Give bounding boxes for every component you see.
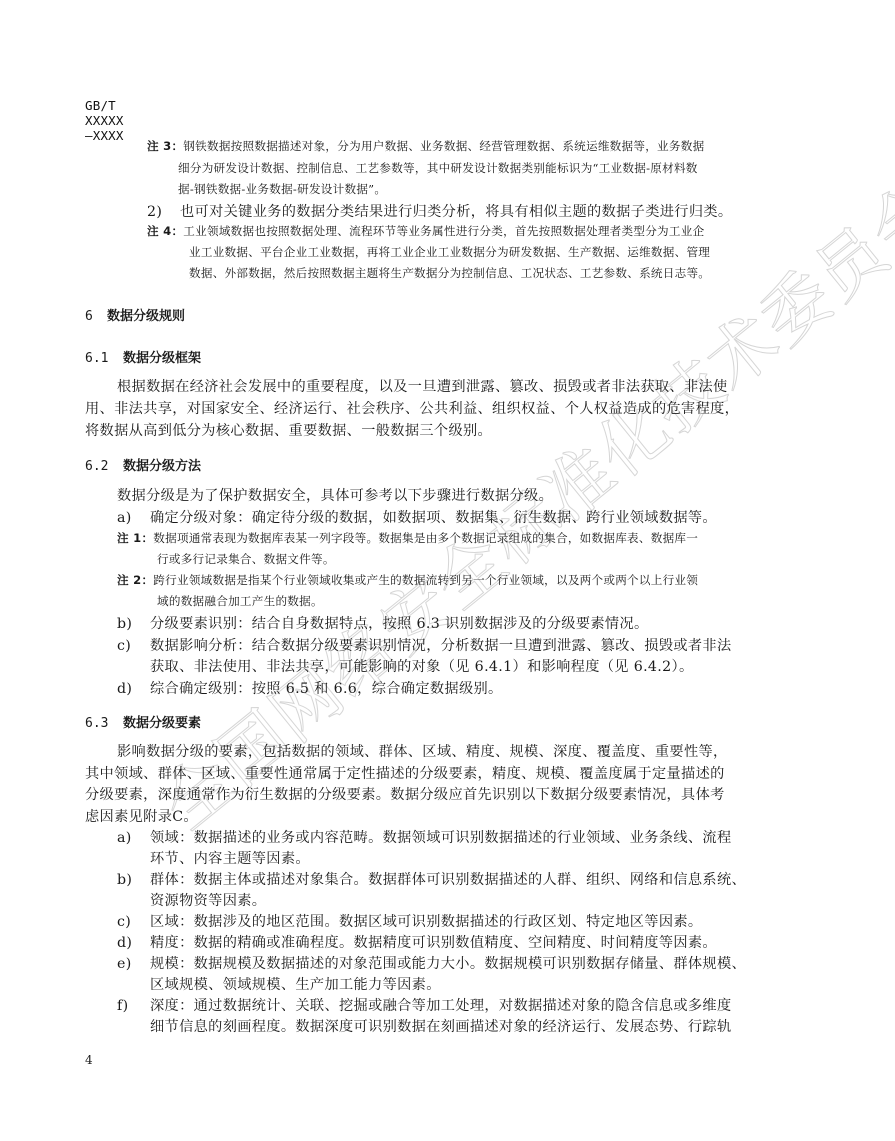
method-note-2-line-1: 注 2：跨行业领域数据是指某个行业领域收集或产生的数据流转到另一个行业领域，以及… — [117, 572, 698, 588]
element-item-e-line-2: 区域规模、领域规模、生产加工能力等因素。 — [150, 974, 441, 994]
element-item-a-line-1: a)领域：数据描述的业务或内容范畴。数据领域可识别数据描述的行业领域、业务条线、… — [117, 827, 732, 847]
note-3-line-3: 据-钢铁数据-业务数据-研发设计数据”。 — [178, 181, 386, 197]
section-6-2-intro: 数据分级是为了保护数据安全，具体可参考以下步骤进行数据分级。 — [117, 485, 553, 505]
method-item-b: b)分级要素识别：结合自身数据特点，按照 6.3 识别数据涉及的分级要素情况。 — [117, 613, 649, 633]
note-3-line-1: 注 3：钢铁数据按照数据描述对象，分为用户数据、业务数据、经营管理数据、系统运维… — [147, 138, 704, 154]
section-6-3-para-line-1: 影响数据分级的要素，包括数据的领域、群体、区域、精度、规模、深度、覆盖度、重要性… — [117, 741, 728, 761]
section-6-3-heading: 6.3数据分级要素 — [85, 712, 201, 731]
section-6-2-heading: 6.2数据分级方法 — [85, 455, 201, 474]
element-item-b-line-2: 资源物资等因素。 — [150, 890, 266, 910]
element-item-f-line-2: 细节信息的刻画程度。数据深度可识别数据在刻画描述对象的经济运行、发展态势、行踪轨 — [150, 1016, 732, 1036]
list-item-label: 2) — [147, 204, 180, 220]
method-item-c-line-2: 获取、非法使用、非法共享，可能影响的对象（见 6.4.1）和影响程度（见 6.4… — [150, 656, 694, 676]
list-item-2: 2)也可对关键业务的数据分类结果进行归类分析，将具有相似主题的数据子类进行归类。 — [147, 201, 732, 221]
section-6-1-para-line-3: 将数据从高到低分为核心数据、重要数据、一般数据三个级别。 — [85, 420, 492, 440]
document-page: 全国网络安全标准化技术委员会 GB/T XXXXX—XXXX 注 3：钢铁数据按… — [0, 0, 895, 1141]
note-4-line-3: 数据、外部数据，然后按照数据主题将生产数据分为控制信息、工况状态、工艺参数、系统… — [189, 265, 710, 281]
section-6-3-para-line-2: 其中领域、群体、区域、重要性通常属于定性描述的分级要素，精度、规模、覆盖度属于定… — [85, 763, 725, 783]
element-item-d: d)精度：数据的精确或准确程度。数据精度可识别数值精度、空间精度、时间精度等因素… — [117, 932, 717, 952]
watermark-text: 全国网络安全标准化技术委员会 — [138, 281, 782, 818]
method-item-d: d)综合确定级别：按照 6.5 和 6.6，综合确定数据级别。 — [117, 678, 503, 698]
method-item-a: a)确定分级对象：确定待分级的数据，如数据项、数据集、衍生数据、跨行业领域数据等… — [117, 507, 717, 527]
note-3-label: 注 3： — [147, 139, 183, 153]
section-6-1-heading: 6.1数据分级框架 — [85, 347, 201, 366]
section-6-heading: 6数据分级规则 — [85, 305, 185, 324]
section-6-3-para-line-4: 虑因素见附录C。 — [85, 806, 198, 826]
section-6-1-para-line-2: 用、非法共享，对国家安全、经济运行、社会秩序、公共利益、组织权益、个人权益造成的… — [85, 398, 739, 418]
method-note-2-line-2: 域的数据融合加工产生的数据。 — [157, 593, 323, 609]
element-item-f-line-1: f)深度：通过数据统计、关联、挖掘或融合等加工处理，对数据描述对象的隐含信息或多… — [117, 995, 732, 1015]
method-note-1-line-2: 行或多行记录集合、数据文件等。 — [157, 551, 335, 567]
note-2-label: 注 2： — [117, 573, 153, 587]
page-number: 4 — [85, 1053, 93, 1067]
method-item-c-line-1: c)数据影响分析：结合数据分级要素识别情况，分析数据一旦遭到泄露、篡改、损毁或者… — [117, 635, 732, 655]
element-item-b-line-1: b)群体：数据主体或描述对象集合。数据群体可识别数据描述的人群、组织、网络和信息… — [117, 869, 746, 889]
section-6-3-para-line-3: 分级要素，深度通常作为衍生数据的分级要素。数据分级应首先识别以下数据分级要素情况… — [85, 784, 725, 804]
element-item-e-line-1: e)规模：数据规模及数据描述的对象范围或能力大小。数据规模可识别数据存储量、群体… — [117, 953, 746, 973]
element-item-c: c)区域：数据涉及的地区范围。数据区域可识别数据描述的行政区划、特定地区等因素。 — [117, 911, 702, 931]
section-6-1-para-line-1: 根据数据在经济社会发展中的重要程度，以及一旦遭到泄露、篡改、损毁或者非法获取、非… — [117, 376, 728, 396]
method-note-1-line-1: 注 1：数据项通常表现为数据库表某一列字段等。数据集是由多个数据记录组成的集合，… — [117, 530, 698, 546]
note-4-label: 注 4： — [147, 224, 183, 238]
note-3-line-2: 细分为研发设计数据、控制信息、工艺参数等，其中研发设计数据类别能标识为“工业数据… — [178, 160, 698, 176]
note-4-line-1: 注 4：工业领域数据也按照数据处理、流程环节等业务属性进行分类，首先按照数据处理… — [147, 223, 704, 239]
element-item-a-line-2: 环节、内容主题等因素。 — [150, 848, 310, 868]
document-code: GB/T XXXXX—XXXX — [85, 98, 124, 143]
note-1-label: 注 1： — [117, 531, 153, 545]
note-4-line-2: 业工业数据、平台企业工业数据，再将工业企业工业数据分为研发数据、生产数据、运维数… — [189, 244, 710, 260]
